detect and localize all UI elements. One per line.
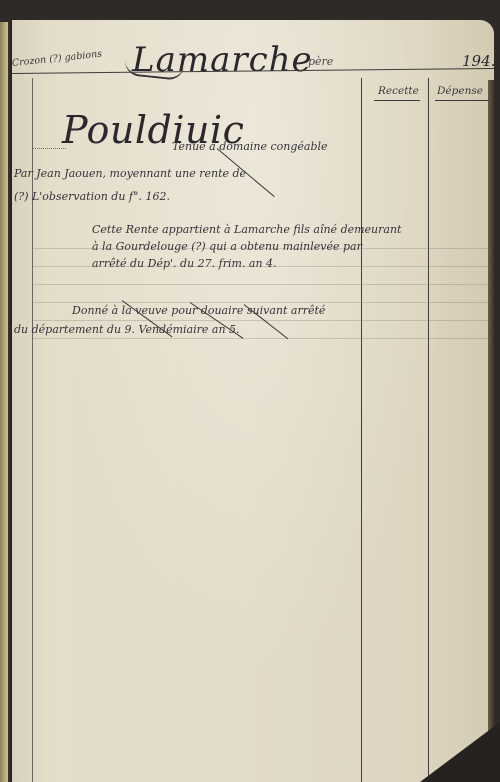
entry-final-line: du département du 9. Vendémiaire an 5.: [14, 323, 240, 336]
ruled-line: [32, 338, 492, 339]
ruled-line: [32, 284, 492, 285]
column-header-underline: [374, 100, 420, 101]
title-suffix: père: [308, 55, 333, 68]
entry-line: Par Jean Jaouen, moyennant une rente de: [14, 167, 246, 180]
entry-note-line: arrêté du Dép'. du 27. frim. an 4.: [92, 257, 277, 270]
entry-description: Tenue à domaine congéable: [172, 140, 328, 153]
entry-line: (?) L'observation du f°. 162.: [14, 190, 170, 203]
column-header-underline: [435, 100, 489, 101]
entry-final-line: Donné à la veuve pour douaire suivant ar…: [72, 304, 325, 317]
ruled-line: [32, 302, 492, 303]
margin-label: Crozon (?) gabions: [11, 49, 102, 69]
entry-note-line: Cette Rente appartient à Lamarche fils a…: [92, 223, 401, 236]
entry-note-line: à la Gourdelouge (?) qui a obtenu mainle…: [92, 240, 362, 253]
margin-rule: [32, 78, 33, 782]
adjacent-page-edges: [488, 80, 494, 780]
column-header-receipts: Recette: [378, 85, 419, 97]
dotted-leader: [32, 148, 66, 149]
column-rule-receipts: [361, 78, 362, 782]
ruled-line: [32, 320, 492, 321]
ledger-page: Crozon (?) gabions Lamarche père 194. Re…: [12, 20, 494, 782]
column-rule-expenses: [428, 78, 429, 782]
column-header-expenses: Dépense: [437, 85, 483, 97]
